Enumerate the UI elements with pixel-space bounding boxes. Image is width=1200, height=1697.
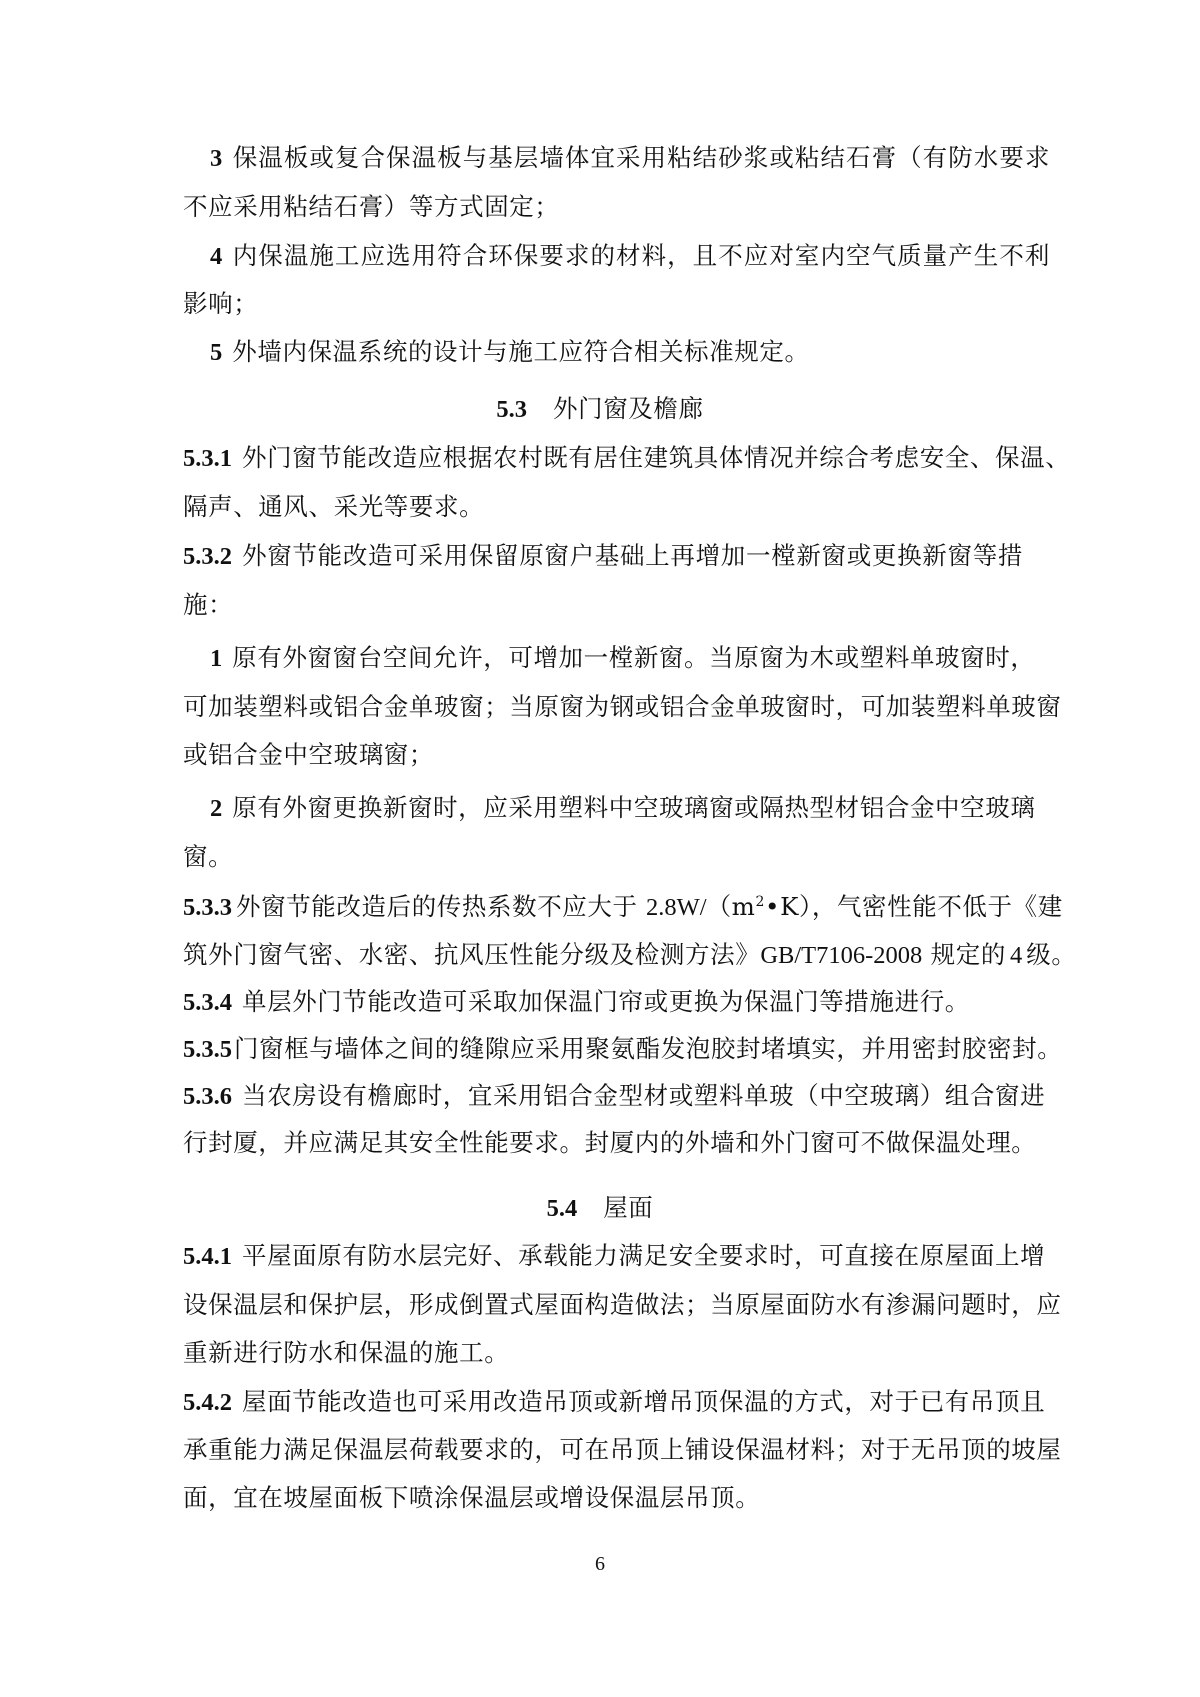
item-number: 5 <box>210 339 222 366</box>
clause-5-3-1-line-2: 隔声、通风、采光等要求。 <box>183 492 1023 522</box>
paragraph-text: 规定的 <box>931 940 1006 969</box>
clause-number: 5.3.3 <box>183 894 232 921</box>
paragraph-text: 门窗框与墙体之间的缝隙应采用聚氨酯发泡胶封堵填实，并用密封胶密封。 <box>234 1034 1062 1063</box>
clause-5-3-4: 5.3.4单层外门节能改造可采取加保温门帘或更换为保温门等措施进行。 <box>183 987 1023 1018</box>
list-item-4-line-1: 4内保温施工应选用符合环保要求的材料，且不应对室内空气质量产生不利 <box>210 241 1050 272</box>
clause-number: 5.3.1 <box>183 445 232 472</box>
paragraph-text: •K），气密性能不低于《建 <box>765 892 1063 921</box>
paragraph-text: 内保温施工应选用符合环保要求的材料，且不应对室内空气质量产生不利 <box>232 241 1050 270</box>
paragraph-text: 外墙内保温系统的设计与施工应符合相关标准规定。 <box>232 337 809 366</box>
clause-5-4-2-line-3: 面，宜在坡屋面板下喷涂保温层或增设保温层吊顶。 <box>183 1483 1023 1513</box>
clause-5-4-2-line-1: 5.4.2屋面节能改造也可采用改造吊顶或新增吊顶保温的方式，对于已有吊顶且 <box>183 1387 1023 1418</box>
paragraph-text: 原有外窗窗台空间允许，可增加一樘新窗。当原窗为木或塑料单玻窗时， <box>232 643 1035 672</box>
clause-5-4-1-line-3: 重新进行防水和保温的施工。 <box>183 1338 1023 1368</box>
clause-5-3-2-line-2: 施： <box>183 590 1023 620</box>
item-number: 1 <box>210 645 222 672</box>
paragraph-text: 当农房设有檐廊时，宜采用铝合金型材或塑料单玻（中空玻璃）组合窗进 <box>242 1081 1045 1110</box>
paragraph-text: 外窗节能改造可采用保留原窗户基础上再增加一樘新窗或更换新窗等措 <box>242 541 1023 570</box>
u-value: 2.8W/ <box>646 894 707 921</box>
sub-item-2-line-1: 2原有外窗更换新窗时，应采用塑料中空玻璃窗或隔热型材铝合金中空玻璃 <box>210 793 1023 824</box>
clause-5-3-1-line-1: 5.3.1外门窗节能改造应根据农村既有居住建筑具体情况并综合考虑安全、保温、 <box>183 443 1023 474</box>
section-number: 5.3 <box>496 396 527 423</box>
paragraph-text: 屋面节能改造也可采用改造吊顶或新增吊顶保温的方式，对于已有吊顶且 <box>242 1387 1045 1416</box>
clause-number: 5.4.2 <box>183 1389 232 1416</box>
standard-code: GB/T7106-2008 <box>760 942 922 969</box>
item-number: 2 <box>210 795 222 822</box>
clause-5-4-1-line-1: 5.4.1平屋面原有防水层完好、承载能力满足安全要求时，可直接在原屋面上增 <box>183 1241 1023 1272</box>
clause-number: 5.3.4 <box>183 989 232 1016</box>
clause-5-4-1-line-2: 设保温层和保护层，形成倒置式屋面构造做法；当原屋面防水有渗漏问题时，应 <box>183 1290 1023 1320</box>
paragraph-text: 筑外门窗气密、水密、抗风压性能分级及检测方法》 <box>183 940 760 969</box>
clause-number: 5.3.2 <box>183 543 232 570</box>
section-heading-5-4: 5.4屋面 <box>0 1193 1200 1224</box>
list-item-3-line-1: 3保温板或复合保温板与基层墙体宜采用粘结砂浆或粘结石膏（有防水要求 <box>210 143 1050 174</box>
section-number: 5.4 <box>547 1195 578 1222</box>
list-item-3-line-2: 不应采用粘结石膏）等方式固定； <box>183 192 1023 222</box>
sub-item-2-line-2: 窗。 <box>183 842 1023 872</box>
paragraph-text: 外窗节能改造后的传热系数不应大于 <box>236 892 638 921</box>
unit-superscript: 2 <box>756 894 766 910</box>
level-value: 4 <box>1010 942 1022 969</box>
section-heading-5-3: 5.3外门窗及檐廊 <box>0 394 1200 425</box>
list-item-5: 5外墙内保温系统的设计与施工应符合相关标准规定。 <box>210 337 1050 368</box>
clause-5-3-6-line-1: 5.3.6当农房设有檐廊时，宜采用铝合金型材或塑料单玻（中空玻璃）组合窗进 <box>183 1081 1023 1112</box>
item-number: 4 <box>210 243 222 270</box>
paragraph-text: 单层外门节能改造可采取加保温门帘或更换为保温门等措施进行。 <box>242 987 970 1016</box>
list-item-4-line-2: 影响； <box>183 289 1023 319</box>
clause-5-3-5: 5.3.5门窗框与墙体之间的缝隙应采用聚氨酯发泡胶封堵填实，并用密封胶密封。 <box>183 1034 1023 1065</box>
paragraph-text: 原有外窗更换新窗时，应采用塑料中空玻璃窗或隔热型材铝合金中空玻璃 <box>232 793 1035 822</box>
sub-item-1-line-3: 或铝合金中空玻璃窗； <box>183 740 1023 770</box>
clause-5-4-2-line-2: 承重能力满足保温层荷载要求的，可在吊顶上铺设保温材料；对于无吊顶的坡屋 <box>183 1435 1023 1465</box>
section-title: 屋面 <box>603 1193 653 1222</box>
document-page: 3保温板或复合保温板与基层墙体宜采用粘结砂浆或粘结石膏（有防水要求 不应采用粘结… <box>0 0 1200 1697</box>
sub-item-1-line-1: 1原有外窗窗台空间允许，可增加一樘新窗。当原窗为木或塑料单玻窗时， <box>210 643 1023 674</box>
item-number: 3 <box>210 145 222 172</box>
paragraph-text: 级。 <box>1026 940 1076 969</box>
page-number: 6 <box>0 1553 1200 1576</box>
paragraph-text: 平屋面原有防水层完好、承载能力满足安全要求时，可直接在原屋面上增 <box>242 1241 1045 1270</box>
unit-text: （m <box>707 892 756 921</box>
clause-5-3-3-line-1: 5.3.3外窗节能改造后的传热系数不应大于 2.8W/（m2•K），气密性能不低… <box>183 892 1023 923</box>
clause-5-3-6-line-2: 行封厦，并应满足其安全性能要求。封厦内的外墙和外门窗可不做保温处理。 <box>183 1128 1023 1158</box>
clause-number: 5.4.1 <box>183 1243 232 1270</box>
clause-5-3-3-line-2: 筑外门窗气密、水密、抗风压性能分级及检测方法》GB/T7106-2008 规定的… <box>183 940 1023 971</box>
paragraph-text: 外门窗节能改造应根据农村既有居住建筑具体情况并综合考虑安全、保温、 <box>242 443 1070 472</box>
clause-number: 5.3.6 <box>183 1083 232 1110</box>
section-title: 外门窗及檐廊 <box>553 394 704 423</box>
paragraph-text: 保温板或复合保温板与基层墙体宜采用粘结砂浆或粘结石膏（有防水要求 <box>232 143 1050 172</box>
clause-number: 5.3.5 <box>183 1036 232 1063</box>
clause-5-3-2-line-1: 5.3.2外窗节能改造可采用保留原窗户基础上再增加一樘新窗或更换新窗等措 <box>183 541 1023 572</box>
sub-item-1-line-2: 可加装塑料或铝合金单玻窗；当原窗为钢或铝合金单玻窗时，可加装塑料单玻窗 <box>183 692 1023 722</box>
